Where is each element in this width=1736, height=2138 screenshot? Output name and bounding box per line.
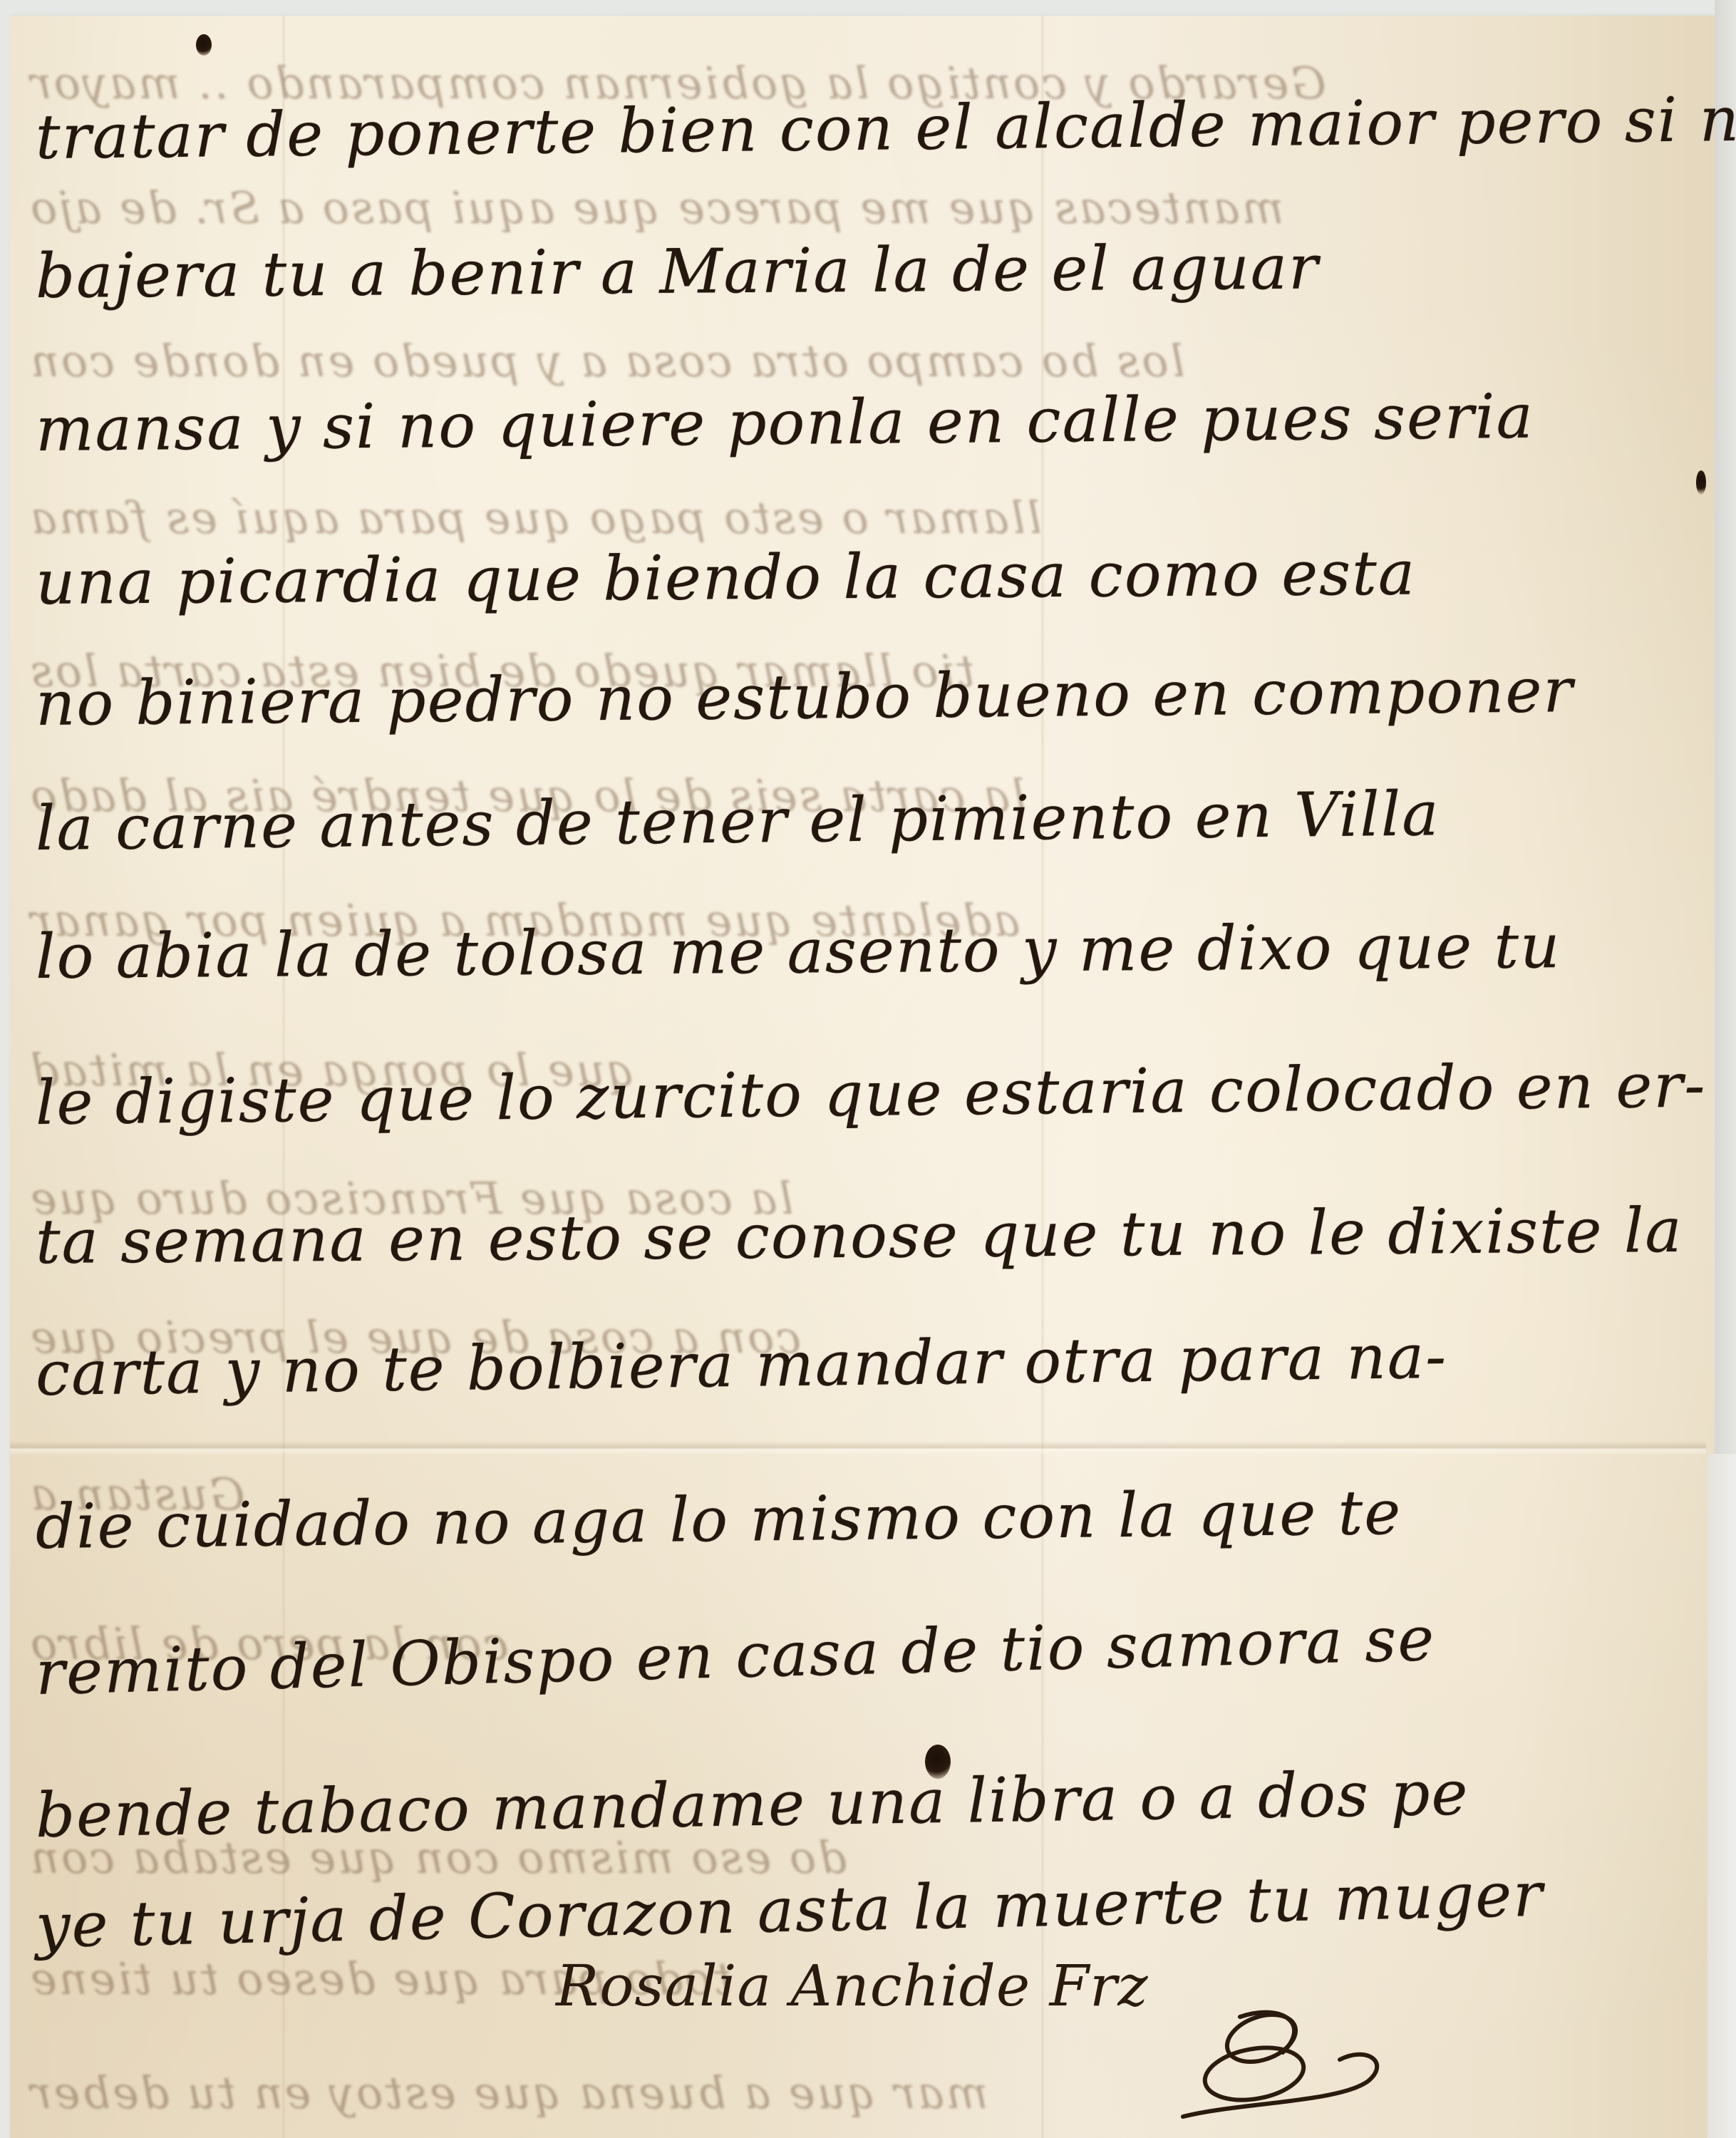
ink-blot xyxy=(196,34,212,56)
letter-line-2: bajera tu a benir a Maria la de el aguar xyxy=(36,234,1704,307)
ink-blot xyxy=(1696,470,1706,495)
letter-line-7: lo abia la de tolosa me asento y me dixo… xyxy=(36,915,1704,988)
letter-line-4: una picardia que biendo la casa como est… xyxy=(36,541,1704,614)
letter-line-5: no biniera pedro no estubo bueno en comp… xyxy=(36,659,1704,735)
signature-rubric-flourish xyxy=(1154,1995,1525,2138)
letter-line-1: tratar de ponerte bien con el alcalde ma… xyxy=(36,89,1704,167)
scanned-letter: Gerardo y contigo la gobiernan comparand… xyxy=(0,0,1736,2138)
paper-edge-lower xyxy=(1707,1454,1736,2138)
letter-line-9: ta semana en esto se conose que tu no le… xyxy=(36,1200,1704,1273)
bleed-through-line: los bo campo otra cosa a y puedo en dond… xyxy=(29,335,1693,387)
bleed-through-line: llamar o esto pago que para aquí es fama xyxy=(29,492,1693,544)
bleed-through-line: mantecas que me parece que aqui paso a S… xyxy=(29,182,1693,234)
letter-line-3: mansa y si no quiere ponla en calle pues… xyxy=(36,385,1704,460)
signature: Rosalia Anchide Frz xyxy=(556,1953,1149,2019)
horizontal-fold xyxy=(10,1441,1706,1455)
letter-line-8: le digiste que lo zurcito que estaria co… xyxy=(36,1055,1704,1133)
